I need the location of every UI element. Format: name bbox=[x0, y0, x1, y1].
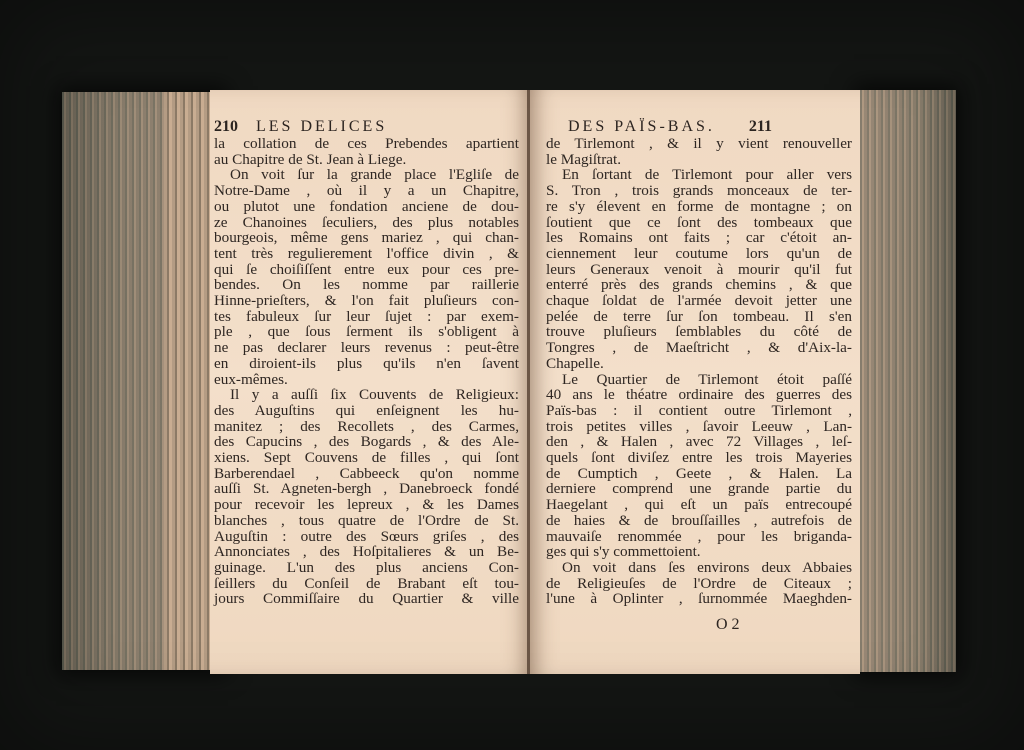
text-line: les Romains ont faits ; car c'étoit an- bbox=[546, 230, 852, 246]
text-line: en diroient-ils plus qu'ils n'en ſavent bbox=[214, 356, 519, 372]
text-line: re s'y élevent en forme de montagne ; on bbox=[546, 199, 852, 215]
text-line: guinage. L'un des plus anciens Con- bbox=[214, 560, 519, 576]
left-page-text: la collation de ces Prebendes apartienta… bbox=[214, 136, 519, 607]
text-line: ou plutot une fondation anciene de dou- bbox=[214, 199, 519, 215]
text-line: xiens. Sept Couvens de filles , qui ſont bbox=[214, 450, 519, 466]
text-line: de Religieuſes de l'Ordre de Citeaux ; bbox=[546, 576, 852, 592]
text-line: bendes. On les nomme par raillerie bbox=[214, 277, 519, 293]
text-line: trois petites villes , ſavoir Leeuw , La… bbox=[546, 419, 852, 435]
text-line: ges qui s'y commettoient. bbox=[546, 544, 852, 560]
right-page: DES PAÏS-BAS.211 de Tirlemont , & il y v… bbox=[530, 90, 860, 674]
text-line: Auguſtin : outre des Sœurs griſes , des bbox=[214, 529, 519, 545]
text-line: Tongres , de Maeſtricht , & d'Aix-la- bbox=[546, 340, 852, 356]
running-head-title: DES PAÏS-BAS. bbox=[568, 118, 715, 135]
text-line: le Magiſtrat. bbox=[546, 152, 852, 168]
text-line: ze Chanoines ſeculiers, des plus notable… bbox=[214, 215, 519, 231]
text-line: Barberendael , Cabbeeck qu'on nomme bbox=[214, 466, 519, 482]
text-line: Notre-Dame , où il y a un Chapitre, bbox=[214, 183, 519, 199]
text-line: Chapelle. bbox=[546, 356, 852, 372]
text-line: eux-mêmes. bbox=[214, 372, 519, 388]
text-line: ſeillers du Conſeil de Brabant eſt tou- bbox=[214, 576, 519, 592]
left-running-head: 210LES DELICES bbox=[214, 118, 387, 136]
text-line: l'une à Oplinter , ſurnommée Maeghden- bbox=[546, 591, 852, 607]
page-number: 211 bbox=[749, 118, 772, 135]
text-line: ſoutient que ce ſont des tombeaux que bbox=[546, 215, 852, 231]
text-line: Hinne-prieſters, & l'on fait pluſieurs c… bbox=[214, 293, 519, 309]
right-running-head: DES PAÏS-BAS.211 bbox=[550, 118, 772, 136]
text-line: qui ſe choiſiſſent entre eux pour ces pr… bbox=[214, 262, 519, 278]
text-line: au Chapitre de St. Jean à Liege. bbox=[214, 152, 519, 168]
page-number: 210 bbox=[214, 118, 238, 135]
text-line: mauvaiſe renommée , pour les briganda- bbox=[546, 529, 852, 545]
text-line: On voit dans ſes environs deux Abbaies bbox=[546, 560, 852, 576]
text-line: bourgeois, même gens mariez , qui chan- bbox=[214, 230, 519, 246]
text-line: En ſortant de Tirlemont pour aller vers bbox=[546, 167, 852, 183]
open-book: 210LES DELICES la collation de ces Prebe… bbox=[52, 86, 964, 686]
text-line: den , & Halen , avec 72 Villages , leſ- bbox=[546, 434, 852, 450]
text-line: blanches , tous quatre de l'Ordre de St. bbox=[214, 513, 519, 529]
left-page-edges bbox=[62, 92, 222, 670]
text-line: derniere comprend une grande partie du bbox=[546, 481, 852, 497]
text-line: enterré près des grands chemins , & que bbox=[546, 277, 852, 293]
text-line: Haegelant , qui eſt un païs entrecoupé bbox=[546, 497, 852, 513]
text-line: tes fabuleux ſur leur ſujet : par exem- bbox=[214, 309, 519, 325]
text-line: de Tirlemont , & il y vient renouveller bbox=[546, 136, 852, 152]
text-line: trouve pluſieurs ſemblables du côté de bbox=[546, 324, 852, 340]
right-page-text: de Tirlemont , & il y vient renouvellerl… bbox=[546, 136, 852, 607]
text-line: de haies & de brouſſailles , autrefois d… bbox=[546, 513, 852, 529]
text-line: pour recevoir les lepreux , & les Dames bbox=[214, 497, 519, 513]
text-line: ciennement leur coutume lors qu'un de bbox=[546, 246, 852, 262]
text-line: ple , que ſous ſerment ils s'obligent à bbox=[214, 324, 519, 340]
running-head-title: LES DELICES bbox=[256, 118, 387, 135]
text-line: 40 ans le théatre ordinaire des guerres … bbox=[546, 387, 852, 403]
right-page-edges bbox=[860, 90, 956, 672]
text-line: tent très regulierement l'office divin ,… bbox=[214, 246, 519, 262]
text-line: Annonciates , des Hoſpitalieres & un Be- bbox=[214, 544, 519, 560]
text-line: auſſi St. Agneten-bergh , Danebroeck fon… bbox=[214, 481, 519, 497]
text-line: quels ſont diviſez entre les trois Mayer… bbox=[546, 450, 852, 466]
text-line: des Capucins , des Bogards , & des Ale- bbox=[214, 434, 519, 450]
text-line: On voit ſur la grande place l'Egliſe de bbox=[214, 167, 519, 183]
text-line: la collation de ces Prebendes apartient bbox=[214, 136, 519, 152]
text-line: de Cumptich , Geete , & Halen. La bbox=[546, 466, 852, 482]
text-line: chaque ſoldat de l'armée devoit jetter u… bbox=[546, 293, 852, 309]
left-page: 210LES DELICES la collation de ces Prebe… bbox=[210, 90, 530, 674]
text-line: Il y a auſſi ſix Couvents de Religieux: bbox=[214, 387, 519, 403]
signature-mark: O 2 bbox=[716, 616, 740, 634]
text-line: pelée de terre ſur ſon tombeau. Il s'en bbox=[546, 309, 852, 325]
text-line: manitez ; des Recollets , des Carmes, bbox=[214, 419, 519, 435]
text-line: jours Commiſſaire du Quartier & ville bbox=[214, 591, 519, 607]
text-line: des Auguſtins qui enſeignent les hu- bbox=[214, 403, 519, 419]
text-line: Le Quartier de Tirlemont étoit paſſé bbox=[546, 372, 852, 388]
text-line: ne pas declarer leurs revenus : peut-êtr… bbox=[214, 340, 519, 356]
text-line: leurs Generaux venoit à mourir qu'il fut bbox=[546, 262, 852, 278]
text-line: S. Tron , trois grands monceaux de ter- bbox=[546, 183, 852, 199]
text-line: Païs-bas : il contient outre Tirlemont , bbox=[546, 403, 852, 419]
